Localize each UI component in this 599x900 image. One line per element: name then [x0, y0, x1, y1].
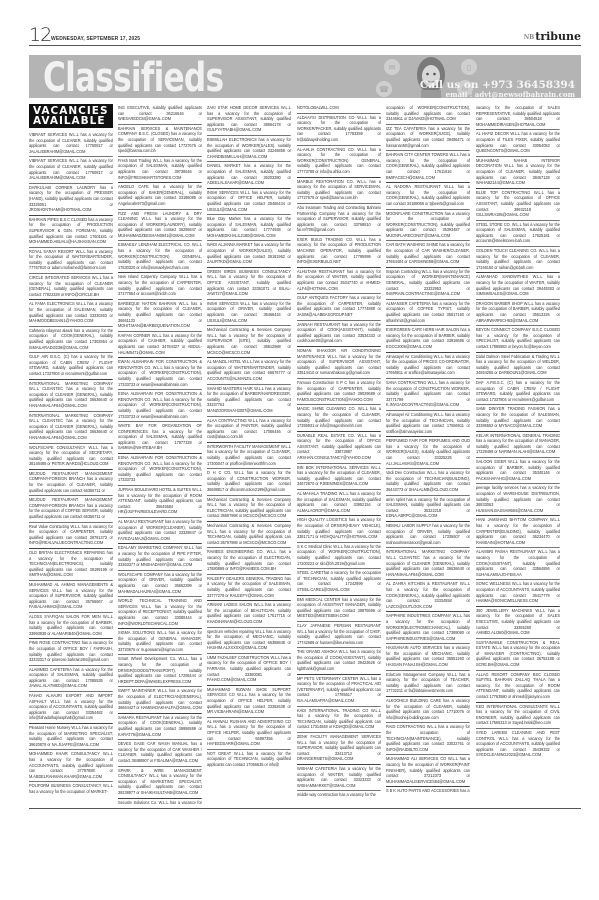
classified-ad: ALOSS SYAFIQAN SALON FOR MEN W.L.L has a… — [29, 613, 113, 639]
classified-ad: DARKULAIB CORNER LAUNDRY has a vacancy f… — [29, 184, 113, 216]
classified-ad: EXER BUILD TRADING CO. W.L.L has a vacan… — [297, 236, 381, 268]
classified-ad: ALAA CONTRACTING W.L.L has a vacancy for… — [207, 417, 291, 443]
classified-ad: ALMANSER CAFETERIA has a vacancy for the… — [386, 300, 470, 326]
classified-ad: SIGMA SOLUTIONS W.L.L has a vacancy for … — [118, 629, 202, 655]
classified-ad: BEYON CONNECT COMPANY B.S.C CLOSED has a… — [476, 326, 560, 352]
classified-ad: Insprain Contracting W.L.L has a vacancy… — [386, 268, 470, 300]
classified-ad: Blue Day Market has a vacancy for the oc… — [207, 215, 291, 241]
classified-ad: ALMANHAD SANDWITHES W.L.L has a vacancy … — [476, 273, 560, 299]
classified-ad: GREEN BIRDS BUSINESS CONSULTANCY W.L.L h… — [207, 268, 291, 300]
classified-ad: DANIEL MARKET has a vacancy for the occu… — [207, 162, 291, 188]
brand-name: tribune — [535, 30, 581, 43]
classified-ad: BARBEQUE NATION BAHRAIN W.L.L has a vaca… — [118, 300, 202, 332]
classified-ad: SAMI DINIYER TRADING FASHION has a vacan… — [476, 405, 560, 431]
classified-ad: MP PETS VETERINARY CENTER W.L.L has a va… — [297, 675, 381, 707]
classified-ad: NOMAN SHAKOOR AIR CONDITIONING MAINTENAN… — [297, 347, 381, 379]
classified-ad: OLD BRITAN ELECTRONICS REPAIRING has a v… — [29, 549, 113, 581]
column-4: NOTGLOBALWLL.COMALDAAYSI DISTRIBUTION CO… — [297, 104, 381, 800]
classified-ad: ALAMMED CAFETERIA has a vacancy for the … — [29, 666, 113, 692]
mobile-icon: ▯ — [461, 59, 477, 75]
classified-ad: MEJOUD RESTAURANT MANAGEMENT COMPANY-FOR… — [29, 496, 113, 522]
classified-ad: Mechanical Contracting & Services Compan… — [207, 326, 291, 358]
classified-ad: ZAKI STAR HOME DECOR SERVICES W.L.L has … — [207, 104, 291, 136]
classified-ad: IZZ TEA CAFATEREA has a vacancy for the … — [386, 125, 470, 151]
classified-ad: ROYAL SARAY RESORT W.L.L has a vacancy f… — [29, 248, 113, 274]
classified-ad: 360 JEWELLERY MACHINES W.L.L has a vacan… — [476, 607, 560, 639]
classified-ad: EVERGREEN CAFE HERB HAIR SALON has a vac… — [386, 326, 470, 352]
classified-ad: SALOON SIGER W.L.L has a vacancy for the… — [476, 458, 560, 484]
classified-ad: SAMARA RESTAURANT has a vacancy for the … — [118, 714, 202, 740]
classified-ad: INSHI SERVICES W.L.L has a vacancy for t… — [207, 300, 291, 326]
classified-ad: GULF ANTIQUES FACTORY has a vacancy for … — [297, 294, 381, 320]
column-6: vacancy for the occupation of SALES REPR… — [476, 104, 560, 760]
classified-ad: MEJOUD RESTAURANT MANAGEMENT COMPANY-FOR… — [29, 470, 113, 496]
classified-ad: INTERNATIONAL MARKETING COMPANY W.L.L CL… — [29, 380, 113, 412]
classified-ad: ING EXECUTIVE, suitably qualified applic… — [118, 104, 202, 125]
classified-ad: New Island Carpentry Company W.L.L has a… — [118, 273, 202, 299]
classified-ad: MUHAMMAD RIZWAN SHOE SUPPORT SERVICES CO… — [207, 686, 291, 718]
classified-ad: BLUE TOP CONTRACTING W.L.L has a vacancy… — [476, 189, 560, 221]
classified-ad: SWIFT MAINTAINER W.L.L has a vacancy for… — [118, 687, 202, 713]
classified-ad: Dalal Dalmon Steel Fabrication & Trading… — [476, 353, 560, 379]
classified-ad: vacancy for the occupation of SALES REPR… — [476, 104, 560, 130]
classified-ad: EDALAMY MARKETING COMPANY W.L.L has a va… — [118, 544, 202, 570]
classified-ad: UMM FAZALEEF CONSTRUCTION W.L.L has a va… — [207, 654, 291, 686]
classifieds-banner: Classifieds ✉ ☎ ▯ ◎ Call us on +973 3645… — [29, 55, 581, 98]
classified-ad: CLAY JAPANESE PERSIAN RESTAURANT W.L.L h… — [297, 622, 381, 648]
classified-ad: Mechanical Contracting & Services Compan… — [207, 496, 291, 522]
classified-ad: AL FAMA ELECTRONICS W.L.L has a vacancy … — [29, 300, 113, 326]
classified-ad: RAMEES ENGINEERING CO. W.L.L has a vacan… — [207, 548, 291, 574]
classified-ad: HASSANAIN AUTO SERVICES has a vacancy fo… — [386, 644, 470, 670]
classified-ad: Security Solutions Co. W.L.L has a vacan… — [118, 799, 202, 804]
classified-ad: Pleasant Home Nursery W.L.L has a vacanc… — [29, 724, 113, 750]
classified-ad: ESNA ALBAHRAIN FOR CONSTRUCTION & RENOVA… — [118, 390, 202, 422]
classified-ad: AL MAWALI RUSHAN AND ADVERTISING CO W.L.… — [207, 718, 291, 750]
classified-ad: ESNA ALBAHRAIN FOR CONSTRUCTION & RENOVA… — [118, 454, 202, 486]
classified-ad: INTERWORTH FACILITY MANAGEMENT W.L.L has… — [207, 443, 291, 469]
classified-ad: D H C CO. W.L.L has a vacancy for the oc… — [207, 469, 291, 495]
classified-ad: BAHRAIN PIPES B.S.C CLOSED has a vacancy… — [29, 216, 113, 248]
classified-ad: KEO INTERNATIONAL CONSULTANTS W.L.L has … — [476, 703, 560, 729]
classified-ad: ALHUTAIM RESTAURANT has a vacancy for th… — [297, 268, 381, 294]
classified-ad: KADI INTERNATIONAL TRADING CO W.L.L has … — [297, 707, 381, 733]
classified-ad: middle way construction has a vacancy fo… — [297, 791, 381, 800]
classified-ad: ESMAEILY LENZHAM ELECTRICAL CO. W.L.L ha… — [118, 241, 202, 273]
brand-mark-icon: NB — [524, 34, 535, 41]
phone-icon: ☎ — [376, 81, 392, 97]
classified-ad: Fresh Mart Trading W.L.L has a vacancy f… — [118, 157, 202, 183]
classified-ad: HIGH QUALITY LOGISTICS has a vacancy for… — [297, 516, 381, 542]
classified-ad: Vadi Dev Construction W.L.L has a vacanc… — [386, 469, 470, 495]
classified-ad: CAR BATH WASHING SHINE has a vacancy for… — [386, 241, 470, 267]
classified-ad: WADI ALJANNA MARKET has a vacancy for th… — [207, 241, 291, 267]
contact-email: email : advt@newsofbahrain.com — [446, 90, 575, 98]
classified-ad: WISHAM CAFETERIA has a vacancy for the o… — [297, 765, 381, 791]
classified-ad: KELAR INTERNATIONAL GENERAL TRADING has … — [476, 432, 560, 458]
classified-ad: GULF AIR B.S.C. (C) has a vacancy for th… — [29, 353, 113, 379]
classified-ad: MAGIC SHINE CLEANING CO. W.L.L has a vac… — [297, 405, 381, 431]
classified-ad: Abu Insamam Trading and Contracting Bahr… — [297, 204, 381, 236]
classified-ad: Almasayel Air Conditioning W.L.L has a v… — [386, 353, 470, 379]
classified-ad: AL-AHLIA CONTRACTING CO. W.L.L has a vac… — [297, 146, 381, 178]
bottom-rule — [29, 808, 581, 809]
classified-ad: ANGELO CAFE has a vacancy for the occupa… — [118, 183, 202, 209]
classified-ad: BISMILLAH ELECTRONICS has a vacancy for … — [207, 136, 291, 162]
classified-ad: MOHAMMED KHAIR CONSULTANCY W.L.L has a v… — [29, 750, 113, 782]
classified-ad: JUFRAH BOULEVARD HOTEL & SUITES W.L.L ha… — [118, 486, 202, 518]
classified-ad: SONIC WELLNESS W.L.L has a vacancy for t… — [476, 580, 560, 606]
classified-ad: FAHAD ALHAJRI EXPORT AND IMPORT ASPHALT … — [29, 692, 113, 724]
classified-ad: Mechanical Contracting & Services Compan… — [207, 522, 291, 548]
masthead: 12 WEDNESDAY, SEPTEMBER 17, 2025 NBtribu… — [29, 26, 581, 46]
page-number: 12 — [29, 24, 51, 46]
classified-ad: PINE ROSE CONTRACTING has a vacancy for … — [29, 639, 113, 665]
mail-icon: ✉ — [384, 59, 400, 75]
brand-logo: NBtribune — [524, 30, 581, 43]
classified-ad: AL MASAJ RESTAURANT has a vacancy for th… — [118, 518, 202, 544]
classified-ad: SHAHID MASTERS HAIR W.L.L has a vacancy … — [207, 385, 291, 417]
classified-ad: NOT GREAT W.L.L has a vacancy for the oc… — [207, 750, 291, 770]
classified-ad: peerage facility services has a vacancy … — [476, 484, 560, 516]
classified-ad: INSHI SERVICES W.L.L has a vacancy for t… — [207, 189, 291, 215]
classified-ad: SYED LAREEB CLEANING AND PEST CONTROL W.… — [476, 729, 560, 760]
classified-ad: occupation of WORKER(CONSTRUCTION), suit… — [386, 104, 470, 125]
banner-title: Classifieds — [43, 58, 223, 98]
classified-ad: VIBRANT SERVICES W.L.L has a vacancy for… — [29, 157, 113, 183]
issue-date: WEDNESDAY, SEPTEMBER 17, 2025 — [51, 36, 140, 42]
classified-ad: RALEEFY DEALERS GENERAL TRADING has a va… — [207, 575, 291, 601]
vacancies-heading-line2: AVAILABLE — [33, 116, 110, 126]
classified-ad: AL ZAHRA KITCHEN & RESTAURANT W.L.L has … — [386, 580, 470, 612]
classified-ad: DURABLE REAL ESTATE CO. W.L.L has a vaca… — [297, 432, 381, 464]
classified-ad: MUHAMMAD ALI SERVICES CO W.L.L has a vac… — [386, 755, 470, 787]
column-3: ZAKI STAR HOME DECOR SERVICES W.L.L has … — [207, 104, 291, 770]
classified-ad: AL MANZIL HOTEL W.L.L has a vacancy for … — [207, 358, 291, 384]
classified-ad: BMI MEDICAL CENTER has a vacancy for the… — [297, 596, 381, 622]
classified-ad: Cafeteria Islaymat alasal has a vacancy … — [29, 327, 113, 353]
column-1: VACANCIES AVAILABLE VIBRANT SERVICES W.L… — [29, 104, 113, 797]
classified-ad: POLIFORM BUSINESS CONSULTANCY W.L.L has … — [29, 782, 113, 796]
classified-ad: Almasayel Air Conditioning W.L.L has a v… — [386, 411, 470, 437]
classified-ad: EduCom Management Company W.L.L has a va… — [386, 671, 470, 697]
classified-ad: S B K AUTO PARTS AND ACCESSORIES has a — [386, 787, 470, 796]
classified-ad: INTERNATIONAL MARKETING COMPANY W.L.L CL… — [29, 412, 113, 444]
classifieds-columns: VACANCIES AVAILABLE VIBRANT SERVICES W.L… — [29, 104, 581, 804]
classified-ad: WHITE BAY FOR ORGANIZATION OF CONFERENCE… — [118, 422, 202, 454]
classified-ad: MUHAMMAD AL AHMAD MANAGEMENTS & SERVICES… — [29, 581, 113, 613]
classified-ad: ARMANI LADIES SALON W.L.L has a vacancy … — [207, 601, 291, 627]
classified-ad: SANA CONTRACTING W.L.L has a vacancy for… — [386, 379, 470, 411]
classified-ad: BAHRAIN SERVICES & MAINTENANCE COMPANY B… — [118, 125, 202, 157]
column-2: ING EXECUTIVE, suitably qualified applic… — [118, 104, 202, 804]
classified-ad: ALKOOHEJI BUILDING CARE has a vacancy fo… — [386, 697, 470, 723]
classified-ad: PERFUMED FAIR FOR PERFUMES AND OUD has a… — [386, 437, 470, 469]
vacancies-heading: VACANCIES AVAILABLE — [29, 104, 113, 128]
classified-ad: WORLD TECHNICAL TRAINING AND SERVICES W.… — [118, 597, 202, 629]
classified-ad: DRAGON BARBER SHOP W.L.L has a vacancy f… — [476, 300, 560, 326]
classified-ad: MARBLE RESTORATION CO. W.L.L has a vacan… — [297, 178, 381, 204]
classified-ad: DEVES GASE CAR WASH MANUAL has a vacancy… — [118, 740, 202, 766]
classified-ad: THE GRAND ASHOKA W.L.L has a vacancy for… — [297, 648, 381, 674]
classified-ad: amin splint has a vacancy for the occupa… — [386, 496, 470, 522]
classified-ad: FIZZ AND FRESH LAUNDRY & DRY CLEANING W.… — [118, 210, 202, 242]
column-5: occupation of WORKER(CONSTRUCTION), suit… — [386, 104, 470, 796]
classified-ad: SAPPHIRE INDUSTRIES COMPANY W.L.L has a … — [386, 612, 470, 644]
classified-ad: MOONFLARE CONSTRUCTION has a vacancy for… — [386, 210, 470, 242]
classified-ad: S K C Medical Clinic W.L.L has a vacancy… — [297, 543, 381, 569]
classified-ad: SUSTAINABLE CONSTRUCTION & REAL ESTATE W… — [476, 639, 560, 671]
classified-ad: ALLAG RESORT COMPANY BSC CLOSED SUFITEL … — [476, 671, 560, 703]
classified-ad: Real Value Contracting W.L.L has a vacan… — [29, 523, 113, 549]
classified-ad: INTERNATIONAL MARKETING COMPANY W.L.L CL… — [386, 548, 470, 580]
classified-ad: STEEL CAREThat a vacancy for the occupat… — [297, 569, 381, 595]
classified-ad: AL NADORA RESTAURANT W.L.L has a vacancy… — [386, 183, 470, 209]
classified-ad: GOLDEN TOUCH CLEANING CO. W.L.L has a va… — [476, 247, 560, 273]
classified-ad: WOLFSCAPE CONSULTANCY W.L.L has a vacanc… — [29, 444, 113, 470]
classified-ad: VIBRANT SERVICES W.L.L has a vacancy for… — [29, 131, 113, 157]
classified-ad: Smart Wheel Development Co. W.L.L has a … — [118, 655, 202, 687]
classified-ad: DAF A.P.B.S.C. (C) has a vacancy for the… — [476, 379, 560, 405]
classified-ad: NOTGLOBALWLL.COM — [297, 104, 381, 114]
classified-ad: STEEL STORE CO. W.L.L has a vacancy for … — [476, 221, 560, 247]
classified-ad: ZENK FACILITY MANAGEMENT SERVICES W.L.L … — [297, 733, 381, 765]
classified-ad: CIRCLE INTEGRATED SERVICES W.L.L has a v… — [29, 274, 113, 300]
classified-ad: ALDAAYSI DISTRIBUTION CO W.L.L has a vac… — [297, 114, 381, 146]
classified-ad: BIN BOK INTERNATIONAL SERVICES W.L.L has… — [297, 464, 381, 490]
classified-ad: KAIFAN CORNER W.L.L has a vacancy for th… — [118, 332, 202, 358]
classified-ad: BAHRAIN CITY CENTER TOWERS W.L.L has a v… — [386, 151, 470, 183]
classified-ad: AL MAHALA TRADING W.L.L has a vacancy fo… — [297, 490, 381, 516]
classified-ad: AL HAFIZ DECOR W.L.L has a vacancy for t… — [476, 130, 560, 156]
classified-ad: EWAN ALBAHRAIN FOR CONSTRUCTION & RENOVA… — [118, 358, 202, 390]
classified-ad: SPARK & WIRE MANAGEMENT CONSULTANCY W.L.… — [118, 767, 202, 799]
classified-ad: spectrum vehicles repairing W.L.L has a … — [207, 628, 291, 654]
classified-ad: RAID CONTRACTING W.L.L has a vacancy for… — [386, 723, 470, 755]
classified-ad: NEMALI LABOR SUPPLY has a vacancy for th… — [386, 522, 470, 548]
classified-ad: Famous Construction S P C has a vacancy … — [297, 379, 381, 405]
classified-ad: JANNAH RESTAURANT has a vacancy for the … — [297, 321, 381, 347]
classified-ad: MUHAMMAD NAHAB INTERIOR DECORATION W.L.L… — [476, 157, 560, 189]
classified-ad: HANI JAMSHAID BHYTOM COMPANY W.L.L has a… — [476, 516, 560, 548]
classified-ad: WOLFSCAPE COMPANY has a vacancy for the … — [118, 571, 202, 597]
classified-ad: ALAMSRI PASHA RESTAURANT W.L.L has a vac… — [476, 548, 560, 580]
